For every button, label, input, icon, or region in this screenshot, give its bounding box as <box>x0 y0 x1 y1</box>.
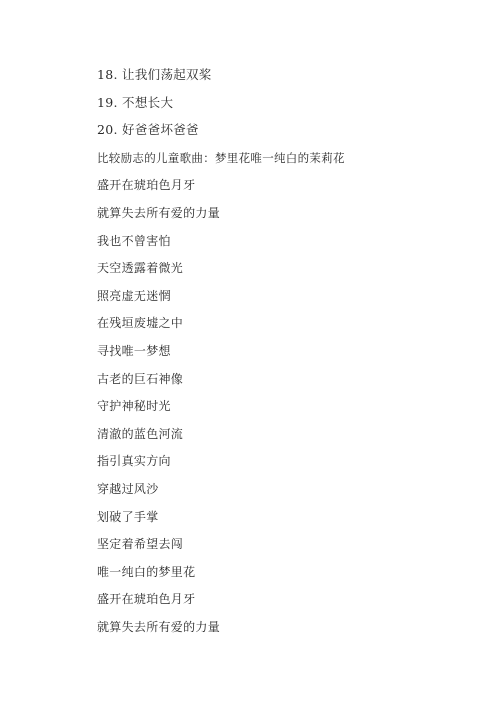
lyric-line: 坚定着希望去闯 <box>97 535 477 563</box>
lyric-line: 照亮虚无迷惘 <box>97 287 477 315</box>
lyric-line: 盛开在琥珀色月牙 <box>97 590 477 618</box>
lyric-line: 唯一纯白的梦里花 <box>97 563 477 591</box>
lyric-line: 清澈的蓝色河流 <box>97 425 477 453</box>
lyric-line: 划破了手掌 <box>97 508 477 536</box>
lyric-line: 就算失去所有爱的力量 <box>97 204 477 232</box>
lyric-line: 就算失去所有爱的力量 <box>97 618 477 646</box>
list-item: 19. 不想长大 <box>97 94 477 122</box>
lyric-line: 守护神秘时光 <box>97 397 477 425</box>
lyric-line: 我也不曾害怕 <box>97 232 477 260</box>
lyric-line: 穿越过风沙 <box>97 480 477 508</box>
lyric-line: 寻找唯一梦想 <box>97 342 477 370</box>
lyric-line: 指引真实方向 <box>97 452 477 480</box>
list-item: 20. 好爸爸坏爸爸 <box>97 121 477 149</box>
lyric-line: 盛开在琥珀色月牙 <box>97 176 477 204</box>
lyric-line: 天空透露着微光 <box>97 259 477 287</box>
lyric-line: 在残垣废墟之中 <box>97 314 477 342</box>
list-item: 18. 让我们荡起双桨 <box>97 66 477 94</box>
song-title: 比较励志的儿童歌曲：梦里花唯一纯白的茉莉花 <box>97 149 477 177</box>
lyric-line: 古老的巨石神像 <box>97 370 477 398</box>
document-page: 18. 让我们荡起双桨 19. 不想长大 20. 好爸爸坏爸爸 比较励志的儿童歌… <box>97 66 477 645</box>
